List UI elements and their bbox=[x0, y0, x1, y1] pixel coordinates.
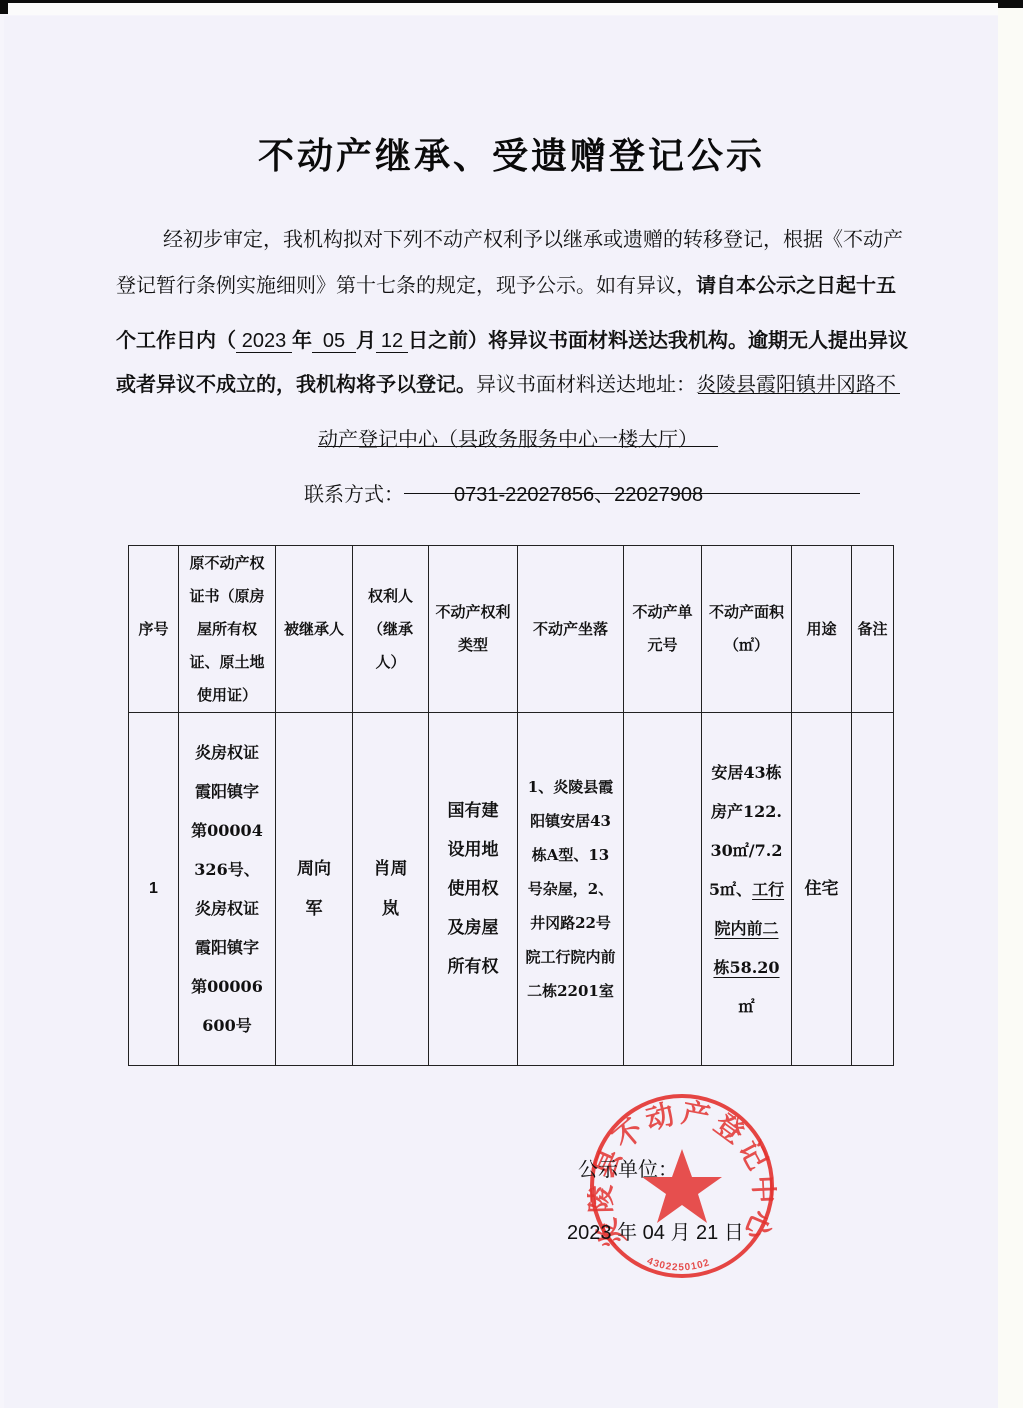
header-area: 不动产面积（㎡） bbox=[702, 546, 792, 713]
deadline-year-char: 年 bbox=[292, 328, 312, 352]
table-row: 1 炎房权证霞阳镇字第00004326号、炎房权证霞阳镇字第00006600号 … bbox=[129, 713, 894, 1066]
header-index: 序号 bbox=[129, 546, 179, 713]
table-header-row: 序号 原不动产权证书（原房屋所有权证、原土地使用证） 被继承人 权利人（继承人）… bbox=[129, 546, 894, 713]
header-remarks: 备注 bbox=[852, 546, 894, 713]
publish-year-char: 年 bbox=[617, 1222, 637, 1244]
cell-right-type: 国有建设用地使用权及房屋所有权 bbox=[429, 713, 518, 1066]
header-unit-number: 不动产单元号 bbox=[624, 546, 702, 713]
address-underline-1 bbox=[698, 393, 900, 394]
header-decedent: 被继承人 bbox=[276, 546, 353, 713]
cell-remarks bbox=[852, 713, 894, 1066]
deadline-day: 12 bbox=[376, 330, 408, 353]
publish-day-char: 日 bbox=[724, 1222, 744, 1244]
publish-month-char: 月 bbox=[670, 1222, 690, 1244]
header-heir: 权利人（继承人） bbox=[353, 546, 429, 713]
address-underline-2 bbox=[318, 446, 718, 447]
cell-unit-number bbox=[624, 713, 702, 1066]
official-seal-icon: 炎陵县不动产登记中心 4302250102 bbox=[587, 1091, 777, 1281]
cell-heir: 肖周岚 bbox=[353, 713, 429, 1066]
intro-line-1: 经初步审定，我机构拟对下列不动产权利予以继承或遗赠的转移登记，根据《不动产 bbox=[163, 229, 903, 249]
contact-underline bbox=[404, 493, 860, 494]
cell-index: 1 bbox=[129, 713, 179, 1066]
deadline-month: 05 bbox=[312, 330, 356, 353]
header-original-certificate: 原不动产权证书（原房屋所有权证、原土地使用证） bbox=[179, 546, 276, 713]
contact-label: 联系方式： bbox=[304, 484, 404, 504]
deadline-suffix: 日之前）将异议书面材料送达我机构。逾期无人提出异议 bbox=[408, 328, 908, 352]
header-right-type: 不动产权利类型 bbox=[429, 546, 518, 713]
cell-decedent: 周向军 bbox=[276, 713, 353, 1066]
intro-line-3: 个工作日内（2023年05月12日之前）将异议书面材料送达我机构。逾期无人提出异… bbox=[116, 330, 908, 353]
publisher-label: 公示单位： bbox=[578, 1153, 678, 1182]
document-title: 不动产继承、受遗赠登记公示 bbox=[0, 128, 1023, 179]
publish-year: 2023 bbox=[567, 1222, 612, 1244]
publish-month: 04 bbox=[643, 1222, 665, 1244]
header-location: 不动产坐落 bbox=[518, 546, 624, 713]
intro-line-4-normal: 异议书面材料送达地址： bbox=[476, 372, 696, 396]
deadline-month-char: 月 bbox=[356, 328, 376, 352]
publish-date: 2023 年 04 月 21 日 bbox=[567, 1216, 744, 1245]
cell-original-certificate: 炎房权证霞阳镇字第00004326号、炎房权证霞阳镇字第00006600号 bbox=[179, 713, 276, 1066]
intro-line-2-normal: 登记暂行条例实施细则》第十七条的规定，现予公示。如有异议， bbox=[116, 273, 696, 297]
scan-sheet-edge bbox=[8, 3, 998, 15]
deadline-prefix: 个工作日内（ bbox=[116, 328, 236, 352]
area-house: 安居43栋房产122.30㎡/7.25㎡、 bbox=[709, 763, 783, 899]
intro-line-4: 或者异议不成立的，我机构将予以登记。异议书面材料送达地址：炎陵县霞阳镇井冈路不 bbox=[116, 374, 896, 394]
publish-day: 21 bbox=[696, 1222, 718, 1244]
intro-line-2: 登记暂行条例实施细则》第十七条的规定，现予公示。如有异议，请自本公示之日起十五 bbox=[116, 275, 896, 295]
registration-table: 序号 原不动产权证书（原房屋所有权证、原土地使用证） 被继承人 权利人（继承人）… bbox=[128, 545, 894, 1066]
cell-usage: 住宅 bbox=[792, 713, 852, 1066]
area-unit: ㎡ bbox=[738, 997, 754, 1016]
deadline-year: 2023 bbox=[236, 330, 292, 353]
header-usage: 用途 bbox=[792, 546, 852, 713]
cell-location: 1、炎陵县霞阳镇安居43栋A型、13号杂屋，2、井冈路22号院工行院内前二栋22… bbox=[518, 713, 624, 1066]
intro-line-4-bold: 或者异议不成立的，我机构将予以登记。 bbox=[116, 372, 476, 396]
scan-border-right bbox=[998, 8, 1023, 1408]
intro-line-2-bold: 请自本公示之日起十五 bbox=[696, 273, 896, 297]
cell-area: 安居43栋房产122.30㎡/7.25㎡、工行院内前二栋58.20㎡ bbox=[702, 713, 792, 1066]
